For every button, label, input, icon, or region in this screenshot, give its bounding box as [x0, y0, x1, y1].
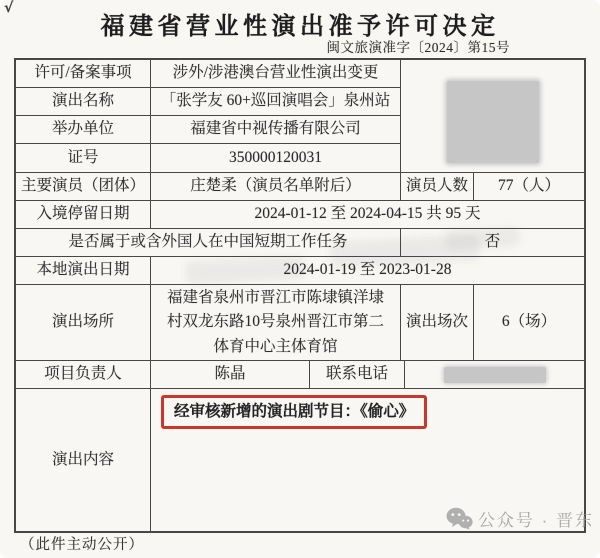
highlight-red-box: 经审核新增的演出剧节目：《偷心》: [161, 395, 427, 429]
field-subvalue-redacted: [405, 361, 584, 388]
field-value: 2024-01-12 至 2024-04-15 共 95 天: [151, 201, 584, 228]
table-row-cert-no: 证号 350000120031: [16, 144, 400, 172]
field-value: 福建省中视传播有限公司: [151, 116, 400, 143]
table-row-entry-stay: 入境停留日期 2024-01-12 至 2024-04-15 共 95 天: [16, 201, 584, 229]
field-label: 主要演员（团体）: [16, 173, 151, 200]
field-label: 入境停留日期: [16, 201, 151, 228]
field-label: 演出场所: [16, 285, 151, 360]
field-sublabel: 联系电话: [310, 361, 405, 388]
wechat-watermark-label: 公众号 · 晋东: [478, 506, 594, 531]
table-row-project-lead: 项目负责人 陈晶 联系电话: [16, 361, 584, 389]
wechat-icon: [446, 507, 473, 530]
field-label: 演出内容: [16, 389, 151, 531]
field-sublabel: 演出场次: [401, 285, 474, 360]
field-sublabel: 演员人数: [401, 173, 474, 200]
field-value: 庄楚柔（演员名单附后）: [151, 173, 401, 200]
field-value: 「张学友 60+巡回演唱会」泉州站: [151, 88, 400, 115]
field-value: 福建省泉州市晋江市陈埭镇洋埭村双龙东路10号泉州晋江市第二体育中心主体育馆: [151, 285, 401, 360]
table-rowgroup-top: 许可/备案事项 涉外/涉港澳台营业性演出变更 演出名称 「张学友 60+巡回演唱…: [16, 60, 584, 173]
field-subvalue: 6（场）: [474, 285, 584, 360]
permit-table: 许可/备案事项 涉外/涉港澳台营业性演出变更 演出名称 「张学友 60+巡回演唱…: [14, 58, 586, 533]
table-row-venue: 演出场所 福建省泉州市晋江市陈埭镇洋埭村双龙东路10号泉州晋江市第二体育中心主体…: [16, 285, 584, 361]
field-label: 是否属于或含外国人在中国短期工作任务: [16, 229, 401, 256]
field-value: 350000120031: [151, 144, 400, 172]
field-label: 许可/备案事项: [16, 60, 151, 87]
rowgroup-left: 许可/备案事项 涉外/涉港澳台营业性演出变更 演出名称 「张学友 60+巡回演唱…: [16, 60, 401, 172]
field-label: 演出名称: [16, 88, 151, 115]
photo-redaction-block: [447, 81, 539, 163]
wechat-watermark: 公众号 · 晋东: [446, 506, 594, 531]
field-value: 陈晶: [151, 361, 310, 388]
field-label: 举办单位: [16, 116, 151, 143]
table-row-foreign-work: 是否属于或含外国人在中国短期工作任务 否: [16, 229, 584, 257]
table-row-main-performer: 主要演员（团体） 庄楚柔（演员名单附后） 演员人数 77（人）: [16, 173, 584, 201]
table-row-permit-item: 许可/备案事项 涉外/涉港澳台营业性演出变更: [16, 60, 400, 88]
doc-number: 闽文旅演准字〔2024〕第15号: [327, 36, 511, 56]
field-value: 涉外/涉港澳台营业性演出变更: [151, 60, 400, 87]
phone-redaction-block: [444, 367, 546, 383]
field-label: 项目负责人: [16, 361, 151, 388]
field-value: 2024-01-19 至 2023-01-28: [151, 257, 584, 284]
permit-document: √ 福建省营业性演出准予许可决定 闽文旅演准字〔2024〕第15号 许可/备案事…: [0, 0, 600, 558]
photo-area: [401, 60, 584, 172]
table-row-show-name: 演出名称 「张学友 60+巡回演唱会」泉州站: [16, 88, 400, 116]
table-row-organizer: 举办单位 福建省中视传播有限公司: [16, 116, 400, 144]
field-label: 证号: [16, 144, 151, 172]
field-label: 本地演出日期: [16, 257, 151, 284]
table-row-local-dates: 本地演出日期 2024-01-19 至 2023-01-28: [16, 257, 584, 285]
page-title: 福建省营业性演出准予许可决定: [0, 6, 600, 41]
field-subvalue: 77（人）: [474, 173, 584, 200]
field-value: 否: [401, 229, 584, 256]
footer-note: （此件主动公开）: [20, 533, 144, 554]
